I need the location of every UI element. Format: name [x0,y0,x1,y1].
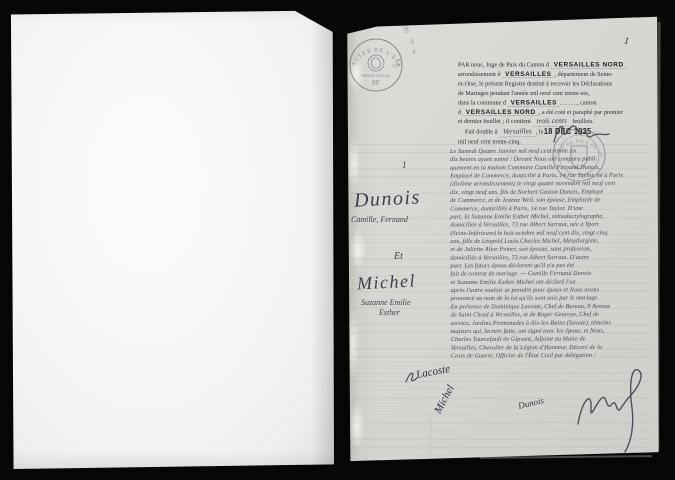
header-text: , a été coté et paraphé par premier [539,108,623,115]
bride-firstnames-2: Esther [379,308,400,317]
pencil-note-4: 4 [412,48,416,56]
header-line: PAR nous, Juge de Paix du Canton d VERSA… [458,60,654,69]
pencil-note-year: 1936 [399,18,411,34]
bride-firstnames-1: Suzanne Emilie [361,298,411,307]
header-text: Fait double à [465,128,497,135]
paper-crease [430,412,431,460]
pencil-note-a: A [410,38,414,46]
header-text: PAR nous, Juge de Paix du Canton d [458,61,549,68]
header-text: , département de Seine- [554,70,613,77]
header-line: arrondissement d VERSAILLES, département… [458,69,654,78]
canton-stamp: VERSAILLES NORD [463,108,539,116]
header-text: d [458,108,461,115]
joiner-et: Et [394,251,403,262]
act-body-text: Le Samedi Quatre Janvier mil neuf cent t… [450,146,659,360]
header-line: dans la commune d VERSAILLES, canton [458,98,654,107]
canton-stamp: VERSAILLES NORD [551,61,627,69]
groom-surname: Dunois [353,186,421,212]
header-text: , le [536,128,544,135]
right-record-page: 1 ACTES DE L'ÉTAT CIVIL PAPIER SPÉCIAL 8… [346,14,659,462]
page-stack-edge-right [656,22,660,450]
left-blank-page [9,9,334,469]
act-number: 1 [402,160,407,170]
header-line: de Mariages pendant l'année mil neuf cen… [458,88,654,97]
arrondissement-stamp: VERSAILLES [502,70,554,78]
page-stack-edge-bottom [480,455,652,459]
header-text: , canton [577,99,597,106]
official-signature-flourish [572,358,654,462]
header-text: dans la commune d [458,99,506,106]
header-line: d VERSAILLES NORD, a été coté et paraphé… [458,107,654,116]
commune-stamp: VERSAILLES [508,98,560,106]
place-handwritten: Versailles [499,127,536,138]
marianne-head-icon [372,58,381,69]
dotted-blank [560,104,577,105]
bride-surname: Michel [356,270,416,294]
header-text: arrondissement d [458,70,501,77]
fiscal-stamp-value: 8F [372,78,380,87]
header-line: et-Oise, le présent Registre destiné à r… [458,79,654,88]
groom-firstnames: Camille, Fernand [351,215,408,224]
folio-number: 1 [623,36,629,48]
header-text: et dernier feuillet ; il contient [458,118,531,125]
register-scan: 1 ACTES DE L'ÉTAT CIVIL PAPIER SPÉCIAL 8… [0,0,675,480]
